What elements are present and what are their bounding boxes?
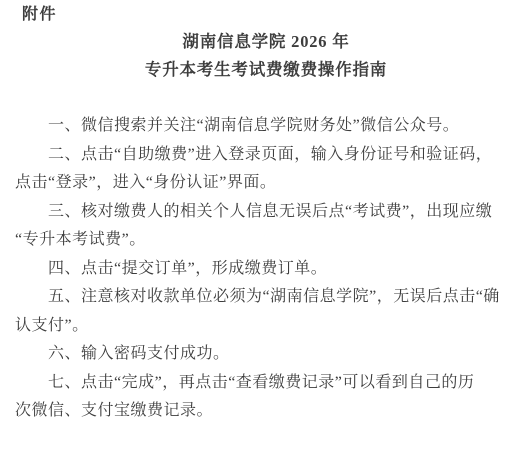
body-line-8: 认支付”。 [15, 312, 517, 341]
body-line-3: 点击“登录”，进入“身份认证”界面。 [15, 169, 517, 198]
document-body: 一、微信搜索并关注“湖南信息学院财务处”微信公众号。 二、点击“自助缴费”进入登… [15, 112, 517, 426]
body-line-9: 六、输入密码支付成功。 [15, 340, 517, 369]
body-line-7: 五、注意核对收款单位必须为“湖南信息学院”，无误后点击“确 [15, 283, 517, 312]
document-title-line1: 湖南信息学院 2026 年 [15, 28, 517, 56]
body-line-5: “专升本考试费”。 [15, 226, 517, 255]
body-line-6: 四、点击“提交订单”，形成缴费订单。 [15, 255, 517, 284]
document-title-line2: 专升本考生考试费缴费操作指南 [15, 56, 517, 84]
body-line-2: 二、点击“自助缴费”进入登录页面，输入身份证号和验证码， [15, 141, 517, 170]
attachment-label: 附件 [15, 1, 517, 28]
body-line-10: 七、点击“完成”，再点击“查看缴费记录”可以看到自己的历 [15, 369, 517, 398]
body-line-11: 次微信、支付宝缴费记录。 [15, 397, 517, 426]
body-line-1: 一、微信搜索并关注“湖南信息学院财务处”微信公众号。 [15, 112, 517, 141]
body-line-4: 三、核对缴费人的相关个人信息无误后点“考试费”，出现应缴 [15, 198, 517, 227]
document-page: 附件 湖南信息学院 2026 年 专升本考生考试费缴费操作指南 一、微信搜索并关… [0, 0, 527, 474]
